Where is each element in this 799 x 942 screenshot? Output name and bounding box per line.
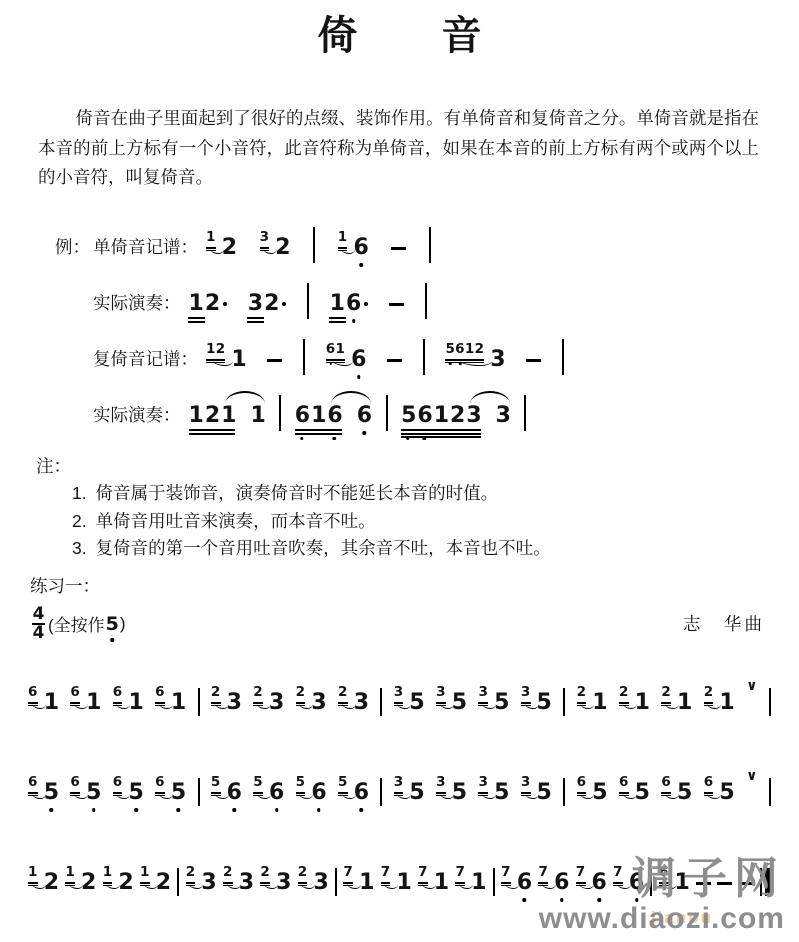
note: 2 [118, 872, 133, 894]
note: 3 [248, 293, 263, 315]
augmentation-dot [223, 302, 227, 306]
notation-row: 12161656123 [206, 339, 564, 371]
barline [335, 868, 337, 896]
note: 5 [494, 782, 509, 804]
grace-digit: 1 [65, 866, 75, 879]
note: 6 [346, 293, 368, 315]
note-text: 复倚音的第一个音用吐音吹奏，其余音不吐，本音也不吐。 [96, 538, 551, 558]
low-octave-dot [300, 437, 304, 441]
note-digit: 5 [86, 782, 101, 804]
composer-credit: 志 华曲 [683, 611, 765, 636]
low-octave-dot [92, 808, 96, 812]
note: 5 [452, 782, 467, 804]
tied-group: 6166 [295, 389, 372, 427]
grace-digit: 2 [577, 686, 587, 699]
note-digit: 5 [171, 782, 186, 804]
barline [198, 688, 200, 716]
note: 1 [171, 692, 186, 714]
tie-arc [331, 391, 371, 404]
note-underline [329, 321, 346, 323]
grace-note: 2 [338, 683, 348, 701]
grace-note-unit: 65 [28, 773, 59, 804]
note-group: 12 [189, 293, 228, 315]
grace-digit: 1 [28, 866, 38, 879]
grace-note-unit: 35 [394, 683, 425, 714]
grace-digit: 2 [338, 686, 348, 699]
grace-note: 2 [211, 683, 221, 701]
grace-note: 3 [521, 773, 531, 791]
note-digit: 2 [275, 237, 290, 259]
grace-digit: 6 [28, 686, 38, 699]
note-digit: 5 [44, 782, 59, 804]
note: 5 [719, 782, 734, 804]
grace-note-unit: 12 [65, 863, 96, 894]
note: 6 [353, 237, 368, 259]
grace-note: 6 [619, 773, 629, 791]
note-underline [329, 317, 346, 319]
note-text: 倚音属于装饰音，演奏倚音时不能延长本音的时值。 [96, 483, 499, 503]
time-signature-denominator: 4 [33, 627, 45, 640]
grace-note-unit: 12 [206, 228, 237, 259]
note: 1 [189, 293, 204, 315]
note-digit: 5 [592, 782, 607, 804]
grace-note: 7 [501, 863, 511, 881]
grace-note-unit: 12 [103, 863, 134, 894]
note-digit: 1 [434, 872, 449, 894]
tie-arc [225, 391, 265, 404]
tuning-prefix: (全按作 [48, 611, 105, 636]
grace-note-unit: 16 [338, 228, 369, 259]
grace-note: 3 [260, 228, 270, 246]
note-digit: 6 [357, 405, 372, 427]
grace-note: 1 [206, 228, 216, 246]
tied-group: 1211 [189, 389, 266, 427]
grace-digit: 1 [206, 231, 216, 244]
grace-note-unit: 616 [326, 340, 367, 371]
note: 1 [635, 692, 650, 714]
grace-note-unit: 56123 [445, 340, 505, 371]
note: 3 [313, 872, 328, 894]
grace-note: 6 [28, 683, 38, 701]
note: 6 [354, 782, 369, 804]
grace-digit: 6 [70, 686, 80, 699]
note-digit: 5 [409, 692, 424, 714]
note-digit: 3 [311, 692, 326, 714]
beam-underline [295, 433, 342, 435]
grace-digit: 6 [661, 776, 671, 789]
tied-group: 561233 [401, 389, 511, 427]
grace-digit: 6 [455, 343, 465, 356]
barline [313, 227, 315, 263]
note: 6 [227, 782, 242, 804]
grace-digit: 2 [704, 686, 714, 699]
watermark: 调子网 www.diaozi.com [539, 856, 785, 934]
note: 6 [357, 405, 372, 427]
grace-digit: 6 [113, 686, 123, 699]
low-octave-dot [363, 431, 367, 435]
grace-note: 6 [155, 773, 165, 791]
note: 3 [269, 692, 284, 714]
grace-note-unit: 23 [260, 863, 291, 894]
grace-note-unit: 23 [298, 863, 329, 894]
note-item: 2.单倚音用吐音来演奏，而本音不吐。 [72, 508, 799, 536]
note: 3 [354, 692, 369, 714]
grace-note: 3 [478, 683, 488, 701]
grace-digit: 1 [206, 343, 216, 356]
note-digit: 6 [346, 293, 361, 315]
note-digit: 5 [537, 782, 552, 804]
note: 3 [227, 692, 242, 714]
low-octave-dot [134, 808, 138, 812]
grace-digit: 1 [338, 231, 348, 244]
note: 5 [452, 692, 467, 714]
grace-digit: 7 [381, 866, 391, 879]
note: 6 [517, 872, 532, 894]
grace-note-unit: 65 [661, 773, 692, 804]
notation-row: 123216 [206, 227, 431, 259]
example-row-performed-compound: 实际演奏： 12116166561233 [55, 383, 799, 427]
note-underline [188, 321, 205, 323]
note-text: 单倚音用吐音来演奏，而本音不吐。 [96, 511, 376, 531]
grace-digit: 1 [103, 866, 113, 879]
note: 6 [269, 782, 284, 804]
dash-note [389, 303, 404, 306]
barline [769, 778, 771, 806]
dash-note [391, 247, 406, 250]
barline [562, 339, 564, 375]
note-digit: 5 [409, 782, 424, 804]
grace-digit: 6 [619, 776, 629, 789]
note-digit: 3 [490, 349, 505, 371]
grace-note: 2 [661, 683, 671, 701]
note-digit: 6 [353, 237, 368, 259]
note-digit: 3 [239, 872, 254, 894]
note: 1 [719, 692, 734, 714]
note-digit: 3 [276, 872, 291, 894]
note: 2 [81, 872, 96, 894]
grace-digit: 3 [478, 776, 488, 789]
grace-note-unit: 12 [140, 863, 171, 894]
note: 2 [156, 872, 171, 894]
grace-note-unit: 56 [253, 773, 284, 804]
note: 1 [592, 692, 607, 714]
note-digit: 5 [677, 782, 692, 804]
grace-digit: 5 [253, 776, 263, 789]
grace-note-unit: 35 [478, 683, 509, 714]
note: 1 [396, 872, 411, 894]
note-digit: 3 [466, 405, 482, 427]
grace-digit: 6 [70, 776, 80, 789]
grace-note: 1 [103, 863, 113, 881]
notes-label: 注： [36, 453, 799, 481]
grace-digit: 2 [260, 866, 270, 879]
grace-digit: 7 [501, 866, 511, 879]
breath-mark: ∨ [746, 678, 757, 694]
low-octave-dot [352, 319, 356, 323]
beam-underline [189, 433, 236, 435]
beam-underline [295, 429, 342, 431]
note-digit: 1 [592, 692, 607, 714]
grace-digit: 3 [478, 686, 488, 699]
grace-note: 6 [113, 683, 123, 701]
grace-note-unit: 35 [436, 773, 467, 804]
barline [563, 688, 565, 716]
tuning-note-digit: 5 [106, 613, 119, 635]
note-digit: 6 [517, 872, 532, 894]
note: 5 [677, 782, 692, 804]
grace-digit: 2 [211, 686, 221, 699]
grace-digit: 6 [155, 686, 165, 699]
note-digit: 3 [269, 692, 284, 714]
note-digit: 1 [471, 872, 486, 894]
note-digit: 5 [128, 782, 143, 804]
low-octave-dot [232, 808, 236, 812]
note-digit: 2 [450, 405, 466, 427]
note: 1 [231, 349, 246, 371]
note-digit: 1 [221, 405, 237, 427]
watermark-site-name: 调子网 [539, 856, 785, 902]
grace-note: 5 [211, 773, 221, 791]
note: 2 [222, 237, 237, 259]
grace-note: 1 [28, 863, 38, 881]
note: 5 [171, 782, 186, 804]
example-row-performed-single: 实际演奏： 123216 [55, 271, 799, 315]
low-octave-dot [111, 638, 115, 642]
grace-note: 6 [155, 683, 165, 701]
barline [429, 227, 431, 263]
notation-row: 123216 [189, 283, 427, 315]
grace-note-unit: 35 [521, 683, 552, 714]
score-meta: 4 4 (全按作 5 ) 志 华曲 [32, 608, 765, 640]
grace-note: 1 [338, 228, 348, 246]
grace-note-unit: 65 [113, 773, 144, 804]
grace-note: 2 [186, 863, 196, 881]
grace-digit: 2 [223, 866, 233, 879]
grace-note-unit: 35 [478, 773, 509, 804]
barline [307, 283, 309, 319]
note: 5 [537, 782, 552, 804]
grace-note-unit: 65 [704, 773, 735, 804]
grace-note: 2 [253, 683, 263, 701]
barline [380, 688, 382, 716]
grace-note-unit: 76 [501, 863, 532, 894]
low-octave-dot [177, 808, 181, 812]
note-digit: 5 [719, 782, 734, 804]
note: 2 [205, 293, 227, 315]
grace-digit: 6 [28, 776, 38, 789]
barline [423, 339, 425, 375]
grace-digit: 3 [436, 686, 446, 699]
grace-note-unit: 65 [70, 773, 101, 804]
grace-note-unit: 56 [296, 773, 327, 804]
row-label: 复倚音记谱： [93, 346, 198, 371]
grace-note: 2 [619, 683, 629, 701]
note-number: 1. [72, 483, 87, 503]
dash-note [526, 359, 541, 362]
grace-note-unit: 61 [113, 683, 144, 714]
grace-note-unit: 65 [155, 773, 186, 804]
note: 2 [44, 872, 59, 894]
row-label: 实际演奏： [93, 402, 181, 427]
note: 3 [239, 872, 254, 894]
note-digit: 5 [494, 692, 509, 714]
note-digit: 1 [359, 872, 374, 894]
note-digit: 1 [231, 349, 246, 371]
grace-digit: 3 [394, 776, 404, 789]
note-digit: 6 [417, 405, 433, 427]
note-digit: 1 [330, 293, 345, 315]
notes-section: 注： 1.倚音属于装饰音，演奏倚音时不能延长本音的时值。 2.单倚音用吐音来演奏… [36, 453, 799, 563]
grace-note-unit: 35 [436, 683, 467, 714]
note-digit: 1 [128, 692, 143, 714]
grace-note: 7 [455, 863, 465, 881]
grace-note: 2 [704, 683, 714, 701]
grace-note-unit: 61 [28, 683, 59, 714]
note-digit: 6 [295, 405, 311, 427]
note: 5 [409, 782, 424, 804]
grace-note: 6 [70, 683, 80, 701]
note-digit: 5 [401, 405, 417, 427]
note-digit: 5 [452, 692, 467, 714]
grace-digit: 6 [577, 776, 587, 789]
grace-note-unit: 61 [155, 683, 186, 714]
barline [425, 283, 427, 319]
note-digit: 2 [222, 237, 237, 259]
barline [563, 778, 565, 806]
note: 5 [494, 692, 509, 714]
note-number: 3. [72, 538, 87, 558]
grace-note: 5 [253, 773, 263, 791]
note-digit: 1 [189, 293, 204, 315]
note-digit: 3 [201, 872, 216, 894]
note-digit: 2 [44, 872, 59, 894]
note-digit: 3 [496, 405, 511, 427]
time-signature-fraction: 4 4 [32, 608, 45, 640]
grace-note: 5 [338, 773, 348, 791]
note-digit: 1 [171, 692, 186, 714]
note: 3 [201, 872, 216, 894]
note: 1 [434, 872, 449, 894]
dash-note [387, 359, 402, 362]
grace-note: 2 [298, 863, 308, 881]
grace-note-unit: 23 [253, 683, 284, 714]
grace-note: 12 [206, 340, 225, 358]
note-digit: 6 [311, 782, 326, 804]
row-label: 单倚音记谱： [93, 234, 198, 259]
grace-digit: 3 [521, 776, 531, 789]
grace-note-unit: 65 [619, 773, 650, 804]
note-item: 1.倚音属于装饰音，演奏倚音时不能延长本音的时值。 [72, 480, 799, 508]
grace-note-unit: 65 [577, 773, 608, 804]
note-digit: 1 [719, 692, 734, 714]
grace-note-unit: 56 [211, 773, 242, 804]
note-digit: 2 [81, 872, 96, 894]
low-octave-dot [523, 898, 527, 902]
grace-slur [460, 358, 492, 366]
note: 5 [592, 782, 607, 804]
grace-digit: 2 [216, 343, 226, 356]
row-label: 实际演奏： [93, 290, 181, 315]
grace-digit: 2 [298, 866, 308, 879]
note-digit: 3 [227, 692, 242, 714]
grace-slur [333, 358, 353, 366]
grace-slur [213, 358, 233, 366]
note: 3 [311, 692, 326, 714]
grace-note-unit: 23 [211, 683, 242, 714]
note-group: 16 [330, 293, 369, 315]
note-digit: 3 [248, 293, 263, 315]
grace-digit: 5 [296, 776, 306, 789]
note: 6 [351, 349, 366, 371]
grace-note: 6 [577, 773, 587, 791]
note-digit: 2 [156, 872, 171, 894]
grace-digit: 2 [253, 686, 263, 699]
grace-note: 7 [418, 863, 428, 881]
title-char-right: 音 [442, 14, 482, 58]
grace-note: 2 [260, 863, 270, 881]
grace-digit: 1 [140, 866, 150, 879]
grace-note-unit: 23 [338, 683, 369, 714]
grace-digit: 7 [455, 866, 465, 879]
grace-note-unit: 21 [704, 683, 735, 714]
note-digit: 2 [205, 293, 220, 315]
barline [279, 395, 281, 431]
beam-group: 56123 [401, 405, 483, 427]
barline [493, 868, 495, 896]
barline [769, 688, 771, 716]
grace-note-unit: 21 [619, 683, 650, 714]
note-digit: 2 [205, 405, 221, 427]
note: 1 [471, 872, 486, 894]
note-digit: 5 [452, 782, 467, 804]
note-digit: 5 [537, 692, 552, 714]
note-digit: 1 [396, 872, 411, 894]
note: 1 [330, 293, 345, 315]
note-underline [247, 317, 264, 319]
grace-note-unit: 12 [28, 863, 59, 894]
grace-digit: 5 [445, 343, 455, 356]
grace-note-unit: 21 [577, 683, 608, 714]
grace-note-unit: 23 [186, 863, 217, 894]
note: 5 [635, 782, 650, 804]
time-signature-numerator: 4 [33, 608, 45, 621]
grace-note-unit: 71 [343, 863, 374, 894]
barline [386, 395, 388, 431]
note-digit: 1 [434, 405, 450, 427]
note: 1 [677, 692, 692, 714]
note-digit: 1 [250, 405, 265, 427]
grace-note-unit: 71 [418, 863, 449, 894]
note-digit: 1 [44, 692, 59, 714]
grace-digit: 6 [113, 776, 123, 789]
breath-mark: ∨ [746, 768, 757, 784]
grace-note: 6 [113, 773, 123, 791]
page-title: 倚 音 [0, 14, 799, 58]
barline [380, 778, 382, 806]
note: 1 [44, 692, 59, 714]
note: 2 [264, 293, 286, 315]
example-row-notation-single: 例： 单倚音记谱： 123216 [55, 215, 799, 259]
document-page: 倚 音 倚音在曲子里面起到了很好的点缀、装饰作用。有单倚音和复倚音之分。单倚音就… [0, 0, 799, 942]
low-octave-dot [50, 808, 54, 812]
note: 2 [275, 237, 290, 259]
grace-digit: 6 [155, 776, 165, 789]
beam-underline [401, 429, 481, 431]
grace-note: 3 [394, 773, 404, 791]
augmentation-dot [282, 302, 286, 306]
grace-note: 3 [478, 773, 488, 791]
intro-paragraph: 倚音在曲子里面起到了很好的点缀、装饰作用。有单倚音和复倚音之分。单倚音就是指在本… [38, 104, 759, 193]
